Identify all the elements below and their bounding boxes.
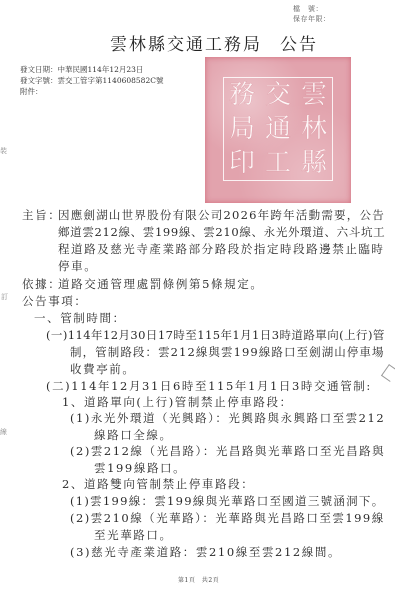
page-title: 雲林縣交通工務局公告 bbox=[110, 30, 318, 55]
section-item: (一)114年12月30日17時至115年1月1日3時道路單向(上行)管 bbox=[46, 327, 385, 343]
sub-item: (2)雲212線（光昌路）：光昌路與光華路口至光昌路與 bbox=[70, 443, 385, 459]
file-meta: 檔 號： 保存年限： bbox=[293, 4, 331, 24]
seal-char: 局 bbox=[224, 112, 260, 146]
items-label: 公告事項： bbox=[22, 293, 88, 309]
seal-inner-border: 雲 林 縣 交 通 工 務 局 印 bbox=[223, 77, 333, 181]
reference-label: 發文字號： bbox=[20, 76, 58, 85]
subject-line: 程道路及慈光寺產業路部分路段於指定時段路邊禁止臨時 bbox=[58, 241, 385, 257]
file-number-label: 檔 號： bbox=[293, 4, 323, 14]
sub-item: (3)慈光寺產業道路：雲210線至雲212線間。 bbox=[70, 544, 341, 560]
binding-mark: 裝 bbox=[0, 146, 7, 156]
binding-mark: 訂 bbox=[1, 292, 8, 302]
section-item: (二)114年12月31日6時至115年1月1日3時交通管制: bbox=[46, 378, 372, 394]
issue-date-row: 發文日期：中華民國114年12月23日 bbox=[20, 64, 163, 75]
basis-label: 依據： bbox=[22, 276, 61, 292]
binding-mark: 線 bbox=[0, 427, 7, 437]
seal-char: 林 bbox=[296, 112, 332, 146]
section-item: 制，管制路段：雲212線與雲199線路口至劍湖山停車場 bbox=[70, 344, 385, 360]
reference-row: 發文字號：雲交工管字第1140608582C號 bbox=[20, 75, 163, 86]
attachment-row: 附件： bbox=[20, 86, 163, 97]
seal-char: 務 bbox=[224, 78, 260, 112]
seal-char: 通 bbox=[260, 112, 296, 146]
sub-item: (2)雲210線（光華路）：光華路與光昌路口至雲199線 bbox=[70, 510, 385, 526]
doc-info: 發文日期：中華民國114年12月23日 發文字號：雲交工管字第114060858… bbox=[20, 64, 163, 97]
seal-char: 雲 bbox=[296, 78, 332, 112]
issue-date-value: 中華民國114年12月23日 bbox=[58, 65, 144, 74]
subject-line: 鄉道雲212線、雲199線、雲210線、永光外環道、六斗坑工 bbox=[58, 224, 385, 240]
sub-section-title: 2、道路雙向管制禁止停車路段： bbox=[62, 476, 254, 492]
doc-type: 公告 bbox=[280, 35, 318, 55]
sub-item: (1)雲199線：雲199線與光華路口至國道三號涵洞下。 bbox=[70, 493, 385, 509]
sub-item: 雲199線路口。 bbox=[94, 460, 186, 476]
basis-text: 道路交通管理處罰條例第5條規定。 bbox=[58, 276, 263, 292]
retention-label: 保存年限： bbox=[293, 14, 331, 24]
sub-item: 線路口全線。 bbox=[94, 427, 173, 443]
seal-char: 工 bbox=[260, 146, 296, 180]
seal-char: 縣 bbox=[296, 146, 332, 180]
page-number: 第1頁 共2頁 bbox=[178, 575, 219, 584]
official-seal: 雲 林 縣 交 通 工 務 局 印 bbox=[205, 57, 351, 203]
sub-item: 至光華路口。 bbox=[94, 527, 173, 543]
sub-section-title: 1、道路單向(上行)管制禁止停車路段： bbox=[62, 394, 293, 410]
corner-fold-mark bbox=[381, 364, 395, 382]
subject-line: 因應劍湖山世界股份有限公司2026年跨年活動需要，公告 bbox=[58, 207, 385, 223]
agency-name: 雲林縣交通工務局 bbox=[110, 35, 262, 55]
sub-item: (1)永光外環道（光興路）：光興路與永興路口至雲212 bbox=[70, 410, 385, 426]
section-title: 一、管制時間： bbox=[34, 310, 126, 326]
seal-char: 印 bbox=[224, 146, 260, 180]
section-item: 收費亭前。 bbox=[70, 361, 136, 377]
attachment-label: 附件： bbox=[20, 87, 43, 96]
issue-date-label: 發文日期： bbox=[20, 65, 58, 74]
subject-line: 停車。 bbox=[58, 258, 97, 274]
reference-value: 雲交工管字第1140608582C號 bbox=[58, 76, 164, 85]
seal-char: 交 bbox=[260, 78, 296, 112]
subject-label: 主旨： bbox=[22, 207, 61, 223]
